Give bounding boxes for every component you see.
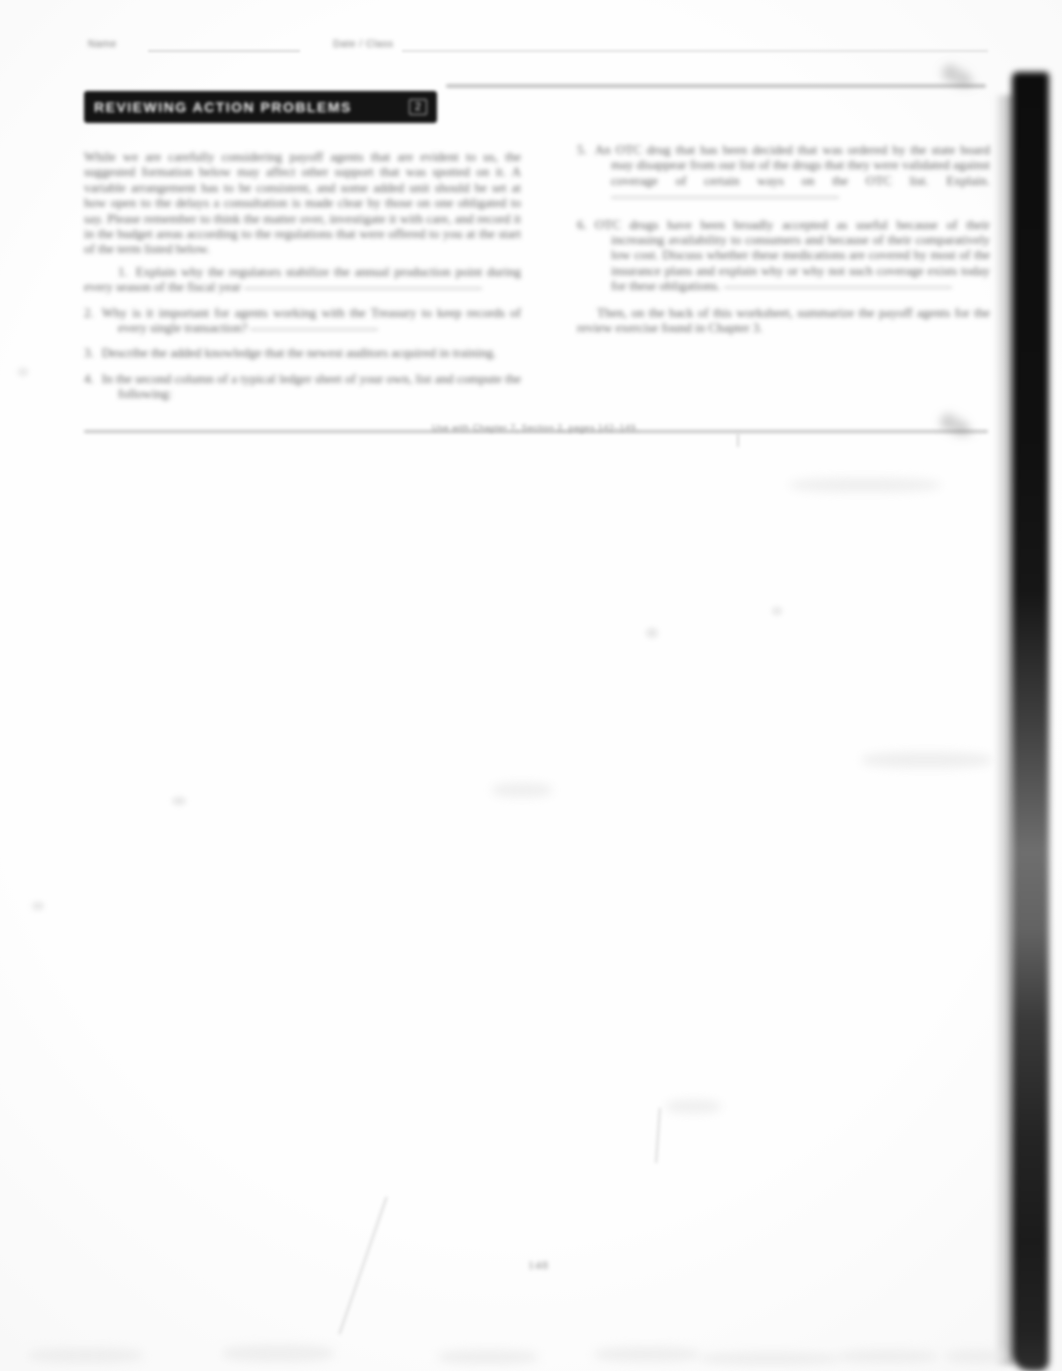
book-spine-strip — [1012, 72, 1049, 1371]
scan-speck — [32, 902, 44, 910]
question-number: 6. — [577, 217, 595, 232]
scan-scratch — [338, 1197, 387, 1335]
question-text: An OTC drug that has been decided that w… — [595, 142, 990, 188]
question-number: 1. — [118, 264, 136, 279]
spine-shadow — [994, 95, 1014, 1365]
divider-caption: Use with Chapter 7, Section 2, pages 142… — [432, 423, 639, 433]
right-column: 5.An OTC drug that has been decided that… — [577, 142, 990, 348]
name-label: Name — [88, 39, 117, 50]
question-item: 6.OTC drugs have been broadly accepted a… — [577, 217, 990, 294]
scan-smudge — [945, 1350, 1005, 1363]
answer-line — [250, 329, 378, 330]
page-number: 148 — [528, 1258, 549, 1273]
scan-smudge — [492, 783, 552, 797]
writing-pencil-icon: ✎ — [934, 400, 980, 455]
question-item: 2.Why is it important for agents working… — [84, 305, 521, 336]
scan-smudge — [438, 1350, 538, 1364]
answer-line — [611, 197, 839, 198]
name-underline — [148, 50, 300, 52]
question-number: 4. — [84, 371, 102, 386]
question-item: 4.In the second column of a typical ledg… — [84, 371, 521, 402]
scan-smudge — [862, 752, 992, 768]
intro-paragraph: While we are carefully considering payof… — [84, 149, 521, 257]
question-number: 5. — [577, 142, 595, 157]
scan-smudge — [222, 1345, 334, 1362]
answer-line — [244, 288, 482, 289]
scan-smudge — [595, 1347, 700, 1362]
scan-smudge — [700, 1352, 840, 1365]
section-badge: 2 — [409, 99, 427, 115]
question-text: Explain why the regulators stabilize the… — [84, 264, 521, 294]
date-class-label: Date / Class — [333, 39, 393, 50]
scan-smudge — [790, 478, 940, 492]
scan-scratch — [655, 1108, 661, 1163]
question-item: 1.Explain why the regulators stabilize t… — [84, 264, 521, 295]
question-text: In the second column of a typical ledger… — [102, 371, 521, 401]
date-underline — [402, 50, 988, 52]
scan-smudge — [28, 1348, 143, 1363]
section-title-text: REVIEWING ACTION PROBLEMS — [94, 99, 352, 115]
question-item: 5.An OTC drug that has been decided that… — [577, 142, 990, 204]
scanned-worksheet-page: Name Date / Class REVIEWING ACTION PROBL… — [0, 0, 1062, 1371]
question-text: Describe the added knowledge that the ne… — [102, 345, 497, 360]
scan-speck — [646, 628, 658, 638]
question-text: Why is it important for agents working w… — [102, 305, 521, 335]
question-number: 2. — [84, 305, 102, 320]
scan-speck — [18, 368, 28, 376]
question-text: OTC drugs have been broadly accepted as … — [595, 217, 990, 294]
scan-speck — [172, 797, 186, 805]
question-item: 3.Describe the added knowledge that the … — [84, 345, 521, 360]
scan-tick — [737, 433, 739, 447]
scan-speck — [772, 607, 782, 615]
answer-line — [724, 287, 952, 288]
scan-smudge — [666, 1100, 721, 1113]
closing-paragraph: Then, on the back of this worksheet, sum… — [577, 305, 990, 336]
top-rule — [446, 84, 986, 88]
left-column: While we are carefully considering payof… — [84, 149, 521, 402]
section-title-bar: REVIEWING ACTION PROBLEMS 2 — [84, 91, 437, 123]
question-number: 3. — [84, 345, 102, 360]
scan-smudge — [838, 1350, 938, 1363]
writing-pencil-icon: ✎ — [936, 51, 982, 106]
